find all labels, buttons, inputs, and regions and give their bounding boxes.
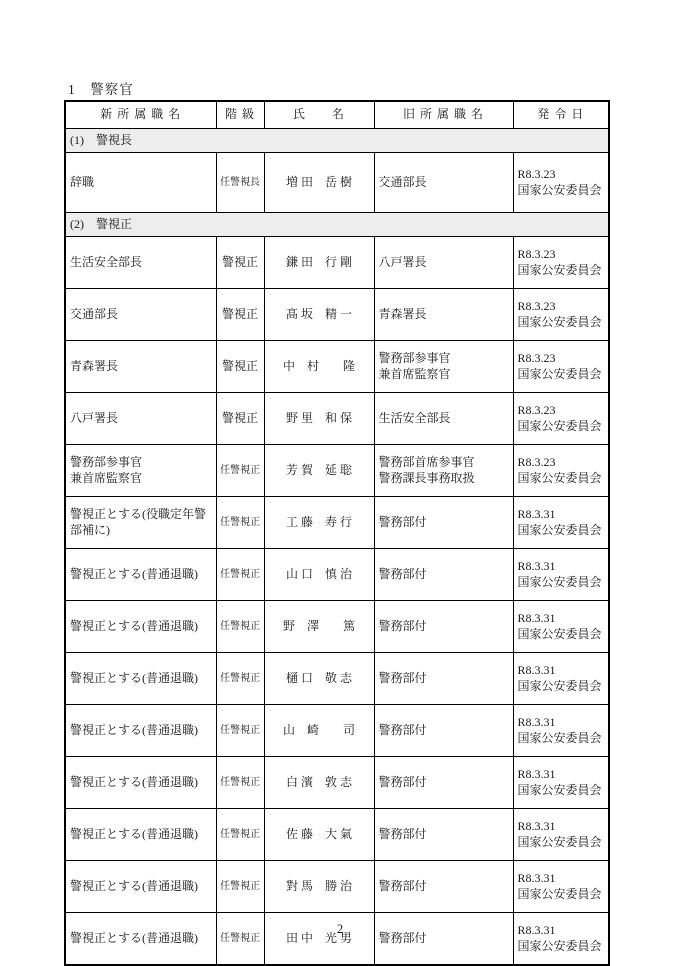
cell-name: 野 澤 篤 bbox=[264, 601, 374, 653]
cell-old-post: 警務部付 bbox=[374, 653, 513, 705]
cell-old-post: 警務部付 bbox=[374, 549, 513, 601]
cell-rank: 警視正 bbox=[216, 393, 264, 445]
cell-rank: 任警視正 bbox=[216, 445, 264, 497]
cell-rank: 任警視正 bbox=[216, 861, 264, 913]
cell-rank: 任警視長 bbox=[216, 153, 264, 213]
cell-name: 工 藤 寿 行 bbox=[264, 497, 374, 549]
cell-new-post: 交通部長 bbox=[65, 289, 216, 341]
cell-new-post: 警視正とする(普通退職) bbox=[65, 861, 216, 913]
table-row: 交通部長 警視正 髙 坂 精 一 青森署長 R8.3.23 国家公安委員会 bbox=[65, 289, 609, 341]
cell-date: R8.3.23 国家公安委員会 bbox=[513, 153, 609, 213]
cell-rank: 警視正 bbox=[216, 237, 264, 289]
cell-rank: 任警視正 bbox=[216, 913, 264, 966]
cell-name: 白 濱 敦 志 bbox=[264, 757, 374, 809]
table-row: 警視正とする(普通退職) 任警視正 白 濱 敦 志 警務部付 R8.3.31 国… bbox=[65, 757, 609, 809]
cell-name: 山 崎 司 bbox=[264, 705, 374, 757]
cell-name: 鎌 田 行 剛 bbox=[264, 237, 374, 289]
cell-date: R8.3.31 国家公安委員会 bbox=[513, 601, 609, 653]
cell-old-post: 警務部付 bbox=[374, 809, 513, 861]
cell-date: R8.3.23 国家公安委員会 bbox=[513, 445, 609, 497]
table-row: 青森署長 警視正 中 村 隆 警務部参事官 兼首席監察官 R8.3.23 国家公… bbox=[65, 341, 609, 393]
header-name: 氏 名 bbox=[264, 101, 374, 129]
cell-rank: 任警視正 bbox=[216, 601, 264, 653]
cell-old-post: 八戸署長 bbox=[374, 237, 513, 289]
cell-old-post: 警務部付 bbox=[374, 705, 513, 757]
document-page: { "page": { "title": "1 警察官", "page_numb… bbox=[0, 0, 680, 962]
cell-date: R8.3.31 国家公安委員会 bbox=[513, 653, 609, 705]
table-row: 警視正とする(普通退職) 任警視正 山 崎 司 警務部付 R8.3.31 国家公… bbox=[65, 705, 609, 757]
cell-new-post: 警視正とする(普通退職) bbox=[65, 913, 216, 966]
table-row: 警視正とする(普通退職) 任警視正 樋 口 敬 志 警務部付 R8.3.31 国… bbox=[65, 653, 609, 705]
cell-new-post: 生活安全部長 bbox=[65, 237, 216, 289]
cell-old-post: 警務部付 bbox=[374, 601, 513, 653]
cell-name: 田 中 光 男 bbox=[264, 913, 374, 966]
section-label: (2) 警視正 bbox=[65, 213, 609, 237]
cell-old-post: 交通部長 bbox=[374, 153, 513, 213]
cell-name: 中 村 隆 bbox=[264, 341, 374, 393]
table-row: 生活安全部長 警視正 鎌 田 行 剛 八戸署長 R8.3.23 国家公安委員会 bbox=[65, 237, 609, 289]
table-row: 警視正とする(普通退職) 任警視正 野 澤 篤 警務部付 R8.3.31 国家公… bbox=[65, 601, 609, 653]
cell-rank: 任警視正 bbox=[216, 757, 264, 809]
cell-new-post: 警視正とする(普通退職) bbox=[65, 705, 216, 757]
cell-date: R8.3.31 国家公安委員会 bbox=[513, 861, 609, 913]
table-row: 警務部参事官 兼首席監察官 任警視正 芳 賀 延 聡 警務部首席参事官 警務課長… bbox=[65, 445, 609, 497]
cell-new-post: 警視正とする(普通退職) bbox=[65, 601, 216, 653]
cell-rank: 任警視正 bbox=[216, 809, 264, 861]
cell-old-post: 警務部参事官 兼首席監察官 bbox=[374, 341, 513, 393]
section-header-row: (1) 警視長 bbox=[65, 129, 609, 153]
cell-date: R8.3.31 国家公安委員会 bbox=[513, 809, 609, 861]
cell-date: R8.3.31 国家公安委員会 bbox=[513, 705, 609, 757]
header-rank: 階 級 bbox=[216, 101, 264, 129]
table-row: 警視正とする(普通退職) 任警視正 山 口 慎 治 警務部付 R8.3.31 国… bbox=[65, 549, 609, 601]
cell-date: R8.3.31 国家公安委員会 bbox=[513, 913, 609, 966]
page-number: 2 bbox=[0, 922, 680, 937]
cell-new-post: 警視正とする(普通退職) bbox=[65, 809, 216, 861]
table-row: 辞職 任警視長 増 田 岳 樹 交通部長 R8.3.23 国家公安委員会 bbox=[65, 153, 609, 213]
header-new-post: 新 所 属 職 名 bbox=[65, 101, 216, 129]
cell-new-post: 警務部参事官 兼首席監察官 bbox=[65, 445, 216, 497]
cell-name: 髙 坂 精 一 bbox=[264, 289, 374, 341]
cell-new-post: 八戸署長 bbox=[65, 393, 216, 445]
cell-rank: 任警視正 bbox=[216, 549, 264, 601]
cell-new-post: 警視正とする(普通退職) bbox=[65, 653, 216, 705]
cell-name: 樋 口 敬 志 bbox=[264, 653, 374, 705]
cell-old-post: 警務部首席参事官 警務課長事務取扱 bbox=[374, 445, 513, 497]
cell-date: R8.3.31 国家公安委員会 bbox=[513, 757, 609, 809]
header-date: 発 令 日 bbox=[513, 101, 609, 129]
table-header-row: 新 所 属 職 名 階 級 氏 名 旧 所 属 職 名 発 令 日 bbox=[65, 101, 609, 129]
document-title: 1 警察官 bbox=[68, 78, 134, 98]
section-header-row: (2) 警視正 bbox=[65, 213, 609, 237]
table-row: 警視正とする(普通退職) 任警視正 田 中 光 男 警務部付 R8.3.31 国… bbox=[65, 913, 609, 966]
cell-name: 増 田 岳 樹 bbox=[264, 153, 374, 213]
cell-date: R8.3.31 国家公安委員会 bbox=[513, 497, 609, 549]
header-old-post: 旧 所 属 職 名 bbox=[374, 101, 513, 129]
cell-new-post: 警視正とする(役職定年警部補に) bbox=[65, 497, 216, 549]
cell-name: 野 里 和 保 bbox=[264, 393, 374, 445]
cell-name: 芳 賀 延 聡 bbox=[264, 445, 374, 497]
cell-rank: 任警視正 bbox=[216, 653, 264, 705]
cell-new-post: 青森署長 bbox=[65, 341, 216, 393]
cell-date: R8.3.23 国家公安委員会 bbox=[513, 289, 609, 341]
cell-old-post: 青森署長 bbox=[374, 289, 513, 341]
personnel-table: 新 所 属 職 名 階 級 氏 名 旧 所 属 職 名 発 令 日 (1) 警視… bbox=[64, 100, 610, 966]
cell-new-post: 辞職 bbox=[65, 153, 216, 213]
cell-rank: 任警視正 bbox=[216, 705, 264, 757]
cell-old-post: 警務部付 bbox=[374, 757, 513, 809]
cell-old-post: 生活安全部長 bbox=[374, 393, 513, 445]
cell-rank: 警視正 bbox=[216, 341, 264, 393]
cell-name: 對 馬 勝 治 bbox=[264, 861, 374, 913]
cell-name: 山 口 慎 治 bbox=[264, 549, 374, 601]
cell-name: 佐 藤 大 氣 bbox=[264, 809, 374, 861]
cell-date: R8.3.31 国家公安委員会 bbox=[513, 549, 609, 601]
cell-new-post: 警視正とする(普通退職) bbox=[65, 757, 216, 809]
table-row: 警視正とする(普通退職) 任警視正 對 馬 勝 治 警務部付 R8.3.31 国… bbox=[65, 861, 609, 913]
cell-old-post: 警務部付 bbox=[374, 913, 513, 966]
section-label: (1) 警視長 bbox=[65, 129, 609, 153]
table-row: 警視正とする(普通退職) 任警視正 佐 藤 大 氣 警務部付 R8.3.31 国… bbox=[65, 809, 609, 861]
cell-rank: 任警視正 bbox=[216, 497, 264, 549]
cell-old-post: 警務部付 bbox=[374, 861, 513, 913]
cell-old-post: 警務部付 bbox=[374, 497, 513, 549]
cell-rank: 警視正 bbox=[216, 289, 264, 341]
cell-date: R8.3.23 国家公安委員会 bbox=[513, 341, 609, 393]
cell-date: R8.3.23 国家公安委員会 bbox=[513, 237, 609, 289]
table-row: 八戸署長 警視正 野 里 和 保 生活安全部長 R8.3.23 国家公安委員会 bbox=[65, 393, 609, 445]
cell-date: R8.3.23 国家公安委員会 bbox=[513, 393, 609, 445]
cell-new-post: 警視正とする(普通退職) bbox=[65, 549, 216, 601]
table-row: 警視正とする(役職定年警部補に) 任警視正 工 藤 寿 行 警務部付 R8.3.… bbox=[65, 497, 609, 549]
